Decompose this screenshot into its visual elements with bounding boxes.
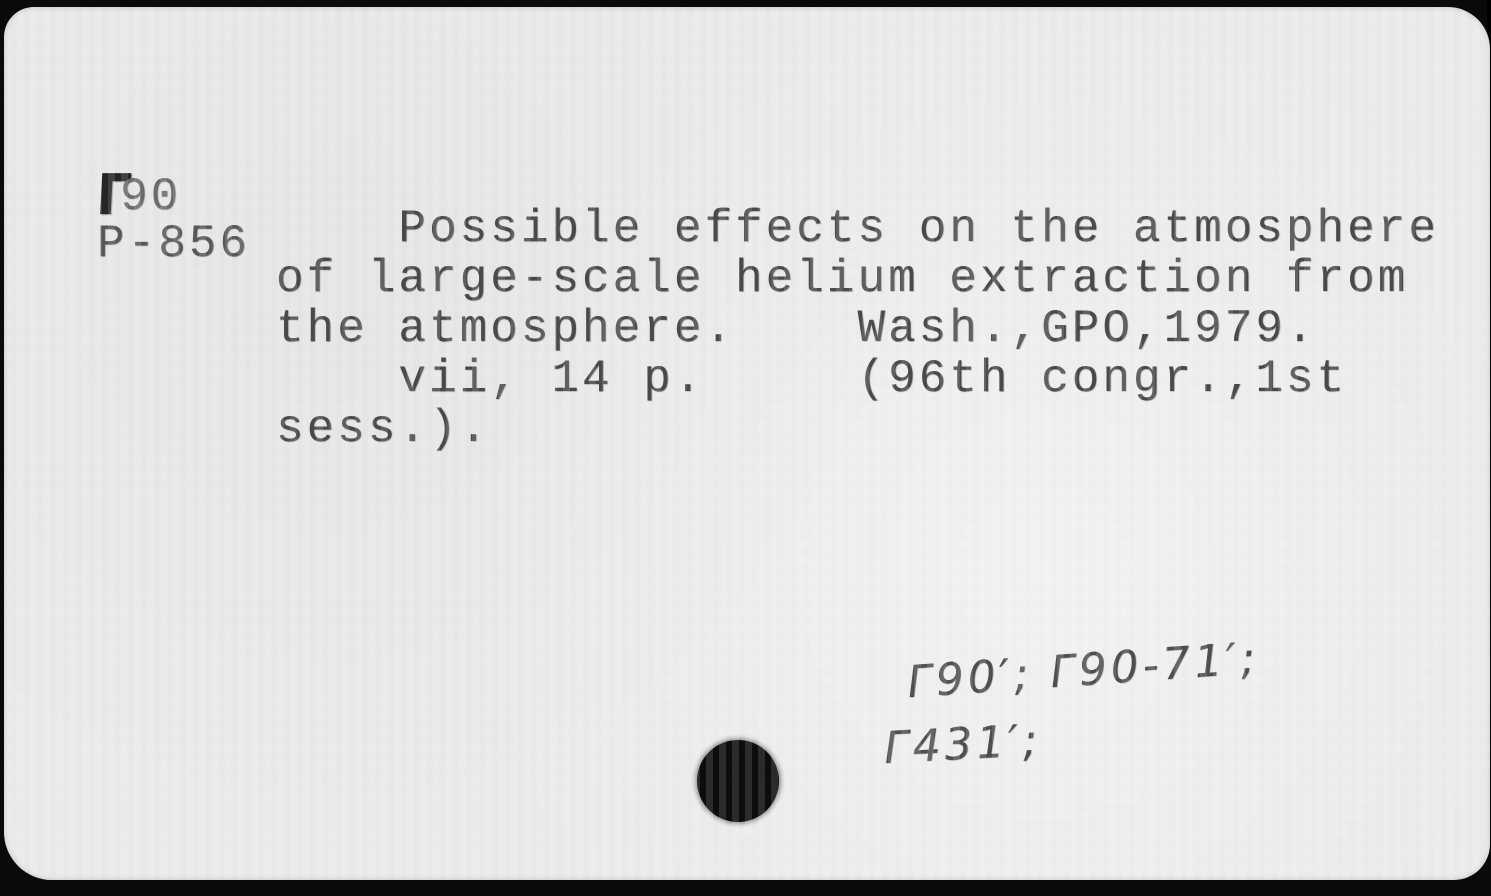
entry-line-imprint: the atmosphere. Wash.,GPO,1979.	[276, 304, 1439, 354]
entry-line-session: sess.).	[276, 404, 1439, 454]
entry-line-title-2: of large-scale helium extraction from	[276, 254, 1439, 304]
entry-line-title-1: Possible effects on the atmosphere	[276, 204, 1439, 254]
entry-line-collation: vii, 14 p. (96th congr.,1st	[276, 354, 1439, 404]
punch-hole-dot	[697, 740, 779, 822]
bibliographic-entry: Possible effects on the atmosphere of la…	[276, 204, 1439, 454]
call-number-class-code: 90	[120, 171, 181, 223]
pen-annotation-line-1: Г90′; Г90-71′;	[906, 633, 1261, 708]
pen-annotation-line-2: Г431′;	[883, 715, 1043, 774]
catalog-card: Г 90 P-856 Possible effects on the atmos…	[4, 7, 1490, 880]
scanned-catalog-card-page: Г 90 P-856 Possible effects on the atmos…	[0, 0, 1491, 896]
call-number-shelf-mark: P-856	[97, 218, 250, 270]
